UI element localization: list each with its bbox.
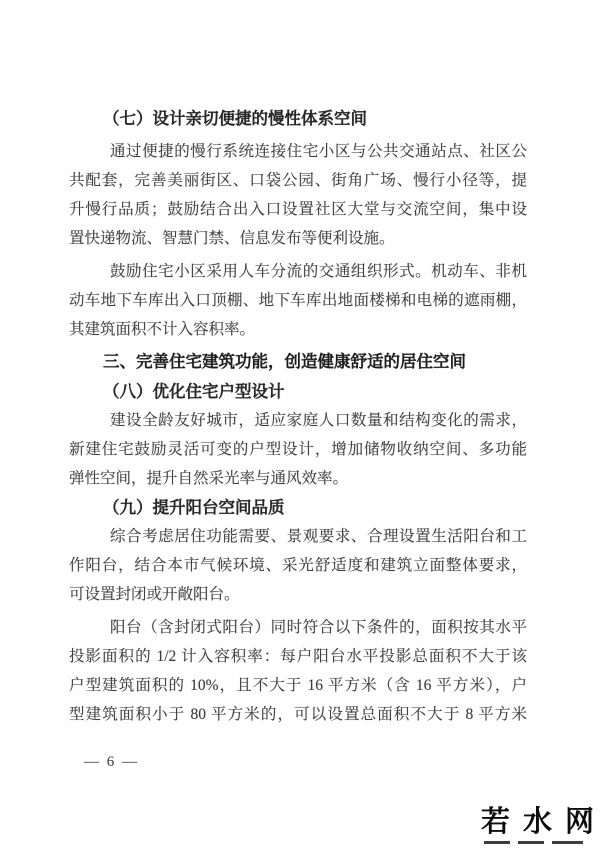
paragraph-3: 建设全龄友好城市，适应家庭人口数量和结构变化的需求， 新建住宅鼓励灵活可变的户型… [69,406,527,493]
para-line: 通过便捷的慢行系统连接住宅小区与公共交通站点、社区公 [69,137,527,166]
para-line: 弹性空间，提升自然采光率与通风效率。 [69,464,527,493]
section-heading-3: 三、完善住宅建筑功能，创造健康舒适的居住空间 [69,348,527,377]
para-line: 建设全龄友好城市，适应家庭人口数量和结构变化的需求， [69,406,527,435]
para-line: 阳台（含封闭式阳台）同时符合以下条件的，面积按其水平 [69,613,527,642]
para-line: 作阳台，结合本市气候环境、采光舒适度和建筑立面整体要求， [69,551,527,580]
para-line: 鼓励住宅小区采用人车分流的交通组织形式。机动车、非机 [69,257,527,286]
paragraph-5: 阳台（含封闭式阳台）同时符合以下条件的，面积按其水平 投影面积的 1/2 计入容… [69,613,527,729]
tagline-bar [552,841,583,844]
para-line: 升慢行品质；鼓励结合出入口设置社区大堂与交流空间，集中设 [69,195,527,224]
watermark: 若水网 [481,806,599,844]
document-body: （七）设计亲切便捷的慢性体系空间 通过便捷的慢行系统连接住宅小区与公共交通站点、… [69,104,527,729]
paragraph-2: 鼓励住宅小区采用人车分流的交通组织形式。机动车、非机 动车地下车库出入口顶棚、地… [69,257,527,344]
paragraph-1: 通过便捷的慢行系统连接住宅小区与公共交通站点、社区公 共配套，完善美丽街区、口袋… [69,137,527,253]
paragraph-4: 综合考虑居住功能需要、景观要求、合理设置生活阳台和工 作阳台，结合本市气候环境、… [69,522,527,609]
para-line: 动车地下车库出入口顶棚、地下车库出地面楼梯和电梯的遮雨棚， [69,286,527,315]
para-line: 置快递物流、智慧门禁、信息发布等便利设施。 [69,224,527,253]
heading-item-9: （九）提升阳台空间品质 [69,493,527,522]
watermark-tagline-bars [484,841,599,844]
para-line: 新建住宅鼓励灵活可变的户型设计，增加储物收纳空间、多功能 [69,435,527,464]
watermark-logo-text: 若水网 [481,806,599,838]
para-line: 投影面积的 1/2 计入容积率：每户阳台水平投影总面积不大于该 [69,642,527,671]
para-line: 其建筑面积不计入容积率。 [69,315,527,344]
heading-item-8: （八）优化住宅户型设计 [69,377,527,406]
document-page: （七）设计亲切便捷的慢性体系空间 通过便捷的慢行系统连接住宅小区与公共交通站点、… [0,0,600,848]
heading-item-7: （七）设计亲切便捷的慢性体系空间 [69,104,527,133]
page-number: — 6 — [84,754,139,771]
para-line: 综合考虑居住功能需要、景观要求、合理设置生活阳台和工 [69,522,527,551]
para-line: 可设置封闭或开敞阳台。 [69,580,527,609]
tagline-bar [518,841,544,844]
para-line: 户型建筑面积的 10%，且不大于 16 平方米（含 16 平方米），户 [69,671,527,700]
para-line: 型建筑面积小于 80 平方米的，可以设置总面积不大于 8 平方米 [69,700,527,729]
para-line: 共配套，完善美丽街区、口袋公园、街角广场、慢行小径等，提 [69,166,527,195]
tagline-bar [484,841,510,844]
